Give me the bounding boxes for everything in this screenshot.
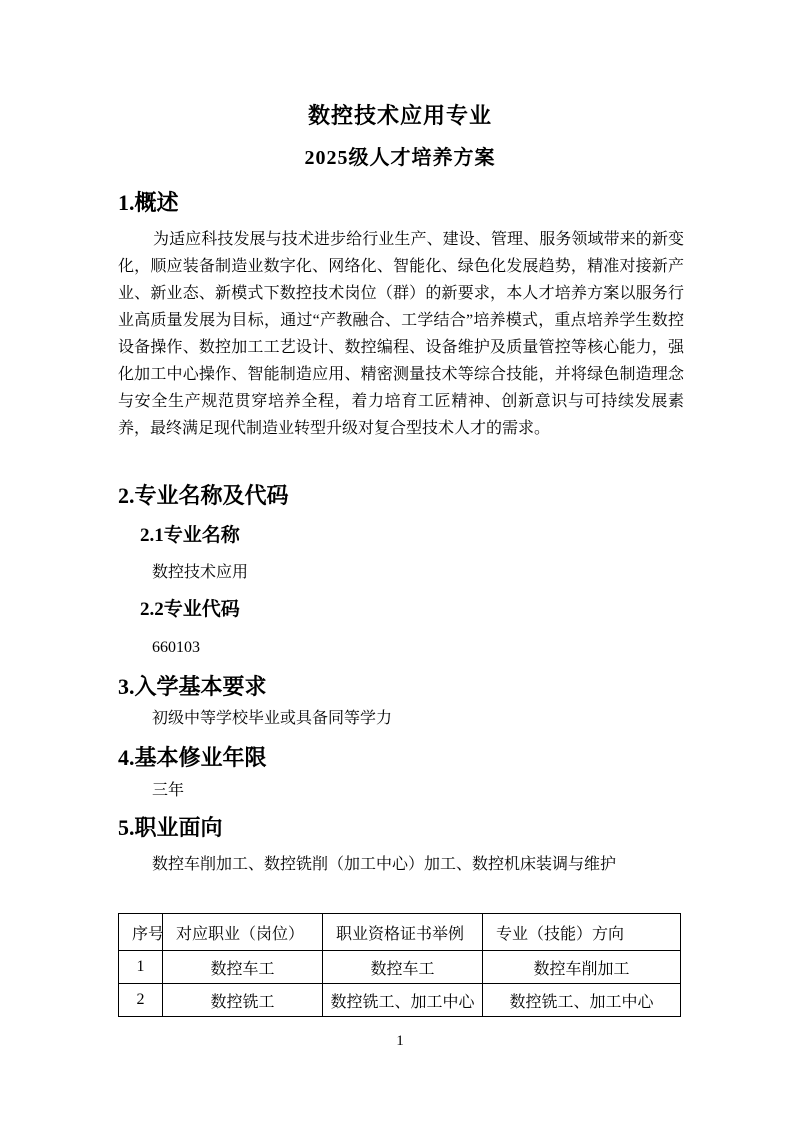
career-table: 序号 对应职业（岗位） 职业资格证书举例 专业（技能）方向 1 数控车工 数控车… bbox=[118, 913, 681, 1017]
section-heading-major-name-and-code: 2.专业名称及代码 bbox=[118, 481, 684, 511]
document-body: 1.概述 为适应科技发展与技术进步给行业生产、建设、管理、服务领域带来的新变化，… bbox=[0, 188, 800, 1017]
career-table-header-row: 序号 对应职业（岗位） 职业资格证书举例 专业（技能）方向 bbox=[119, 914, 681, 951]
document-title: 数控技术应用专业 bbox=[0, 0, 800, 130]
table-header-occupation: 对应职业（岗位） bbox=[163, 914, 323, 951]
career-table-body: 1 数控车工 数控车工 数控车削加工 2 数控铣工 数控铣工、加工中心 数控铣工… bbox=[119, 951, 681, 1017]
section-heading-career-orientation: 5.职业面向 bbox=[118, 813, 684, 843]
major-name-value: 数控技术应用 bbox=[152, 562, 684, 584]
table-header-skill-direction: 专业（技能）方向 bbox=[483, 914, 681, 951]
table-cell-index: 2 bbox=[119, 984, 163, 1017]
table-row: 1 数控车工 数控车工 数控车削加工 bbox=[119, 951, 681, 984]
document-subtitle: 2025级人才培养方案 bbox=[0, 144, 800, 172]
section-heading-study-duration: 4.基本修业年限 bbox=[118, 743, 684, 773]
table-cell-occupation: 数控车工 bbox=[163, 951, 323, 984]
career-orientation-value: 数控车削加工、数控铣削（加工中心）加工、数控机床装调与维护 bbox=[152, 854, 684, 876]
table-cell-occupation: 数控铣工 bbox=[163, 984, 323, 1017]
career-table-head: 序号 对应职业（岗位） 职业资格证书举例 专业（技能）方向 bbox=[119, 914, 681, 951]
table-cell-skill-direction: 数控车削加工 bbox=[483, 951, 681, 984]
subsection-heading-major-name: 2.1专业名称 bbox=[140, 523, 684, 549]
table-cell-index: 1 bbox=[119, 951, 163, 984]
study-duration-value: 三年 bbox=[152, 780, 684, 802]
table-cell-certificate: 数控车工 bbox=[323, 951, 483, 984]
page-number: 1 bbox=[0, 1031, 800, 1051]
section-heading-entry-requirements: 3.入学基本要求 bbox=[118, 672, 684, 702]
overview-paragraph: 为适应科技发展与技术进步给行业生产、建设、管理、服务领域带来的新变化，顺应装备制… bbox=[118, 226, 684, 442]
document-header: 数控技术应用专业 2025级人才培养方案 bbox=[0, 0, 800, 172]
document-page: 数控技术应用专业 2025级人才培养方案 1.概述 为适应科技发展与技术进步给行… bbox=[0, 0, 800, 1130]
table-header-certificate: 职业资格证书举例 bbox=[323, 914, 483, 951]
major-code-value: 660103 bbox=[152, 637, 684, 659]
table-cell-certificate: 数控铣工、加工中心 bbox=[323, 984, 483, 1017]
section-heading-overview: 1.概述 bbox=[118, 188, 684, 218]
entry-requirements-value: 初级中等学校毕业或具备同等学力 bbox=[152, 708, 684, 730]
table-header-index: 序号 bbox=[119, 914, 163, 951]
table-cell-skill-direction: 数控铣工、加工中心 bbox=[483, 984, 681, 1017]
subsection-heading-major-code: 2.2专业代码 bbox=[140, 597, 684, 623]
table-row: 2 数控铣工 数控铣工、加工中心 数控铣工、加工中心 bbox=[119, 984, 681, 1017]
